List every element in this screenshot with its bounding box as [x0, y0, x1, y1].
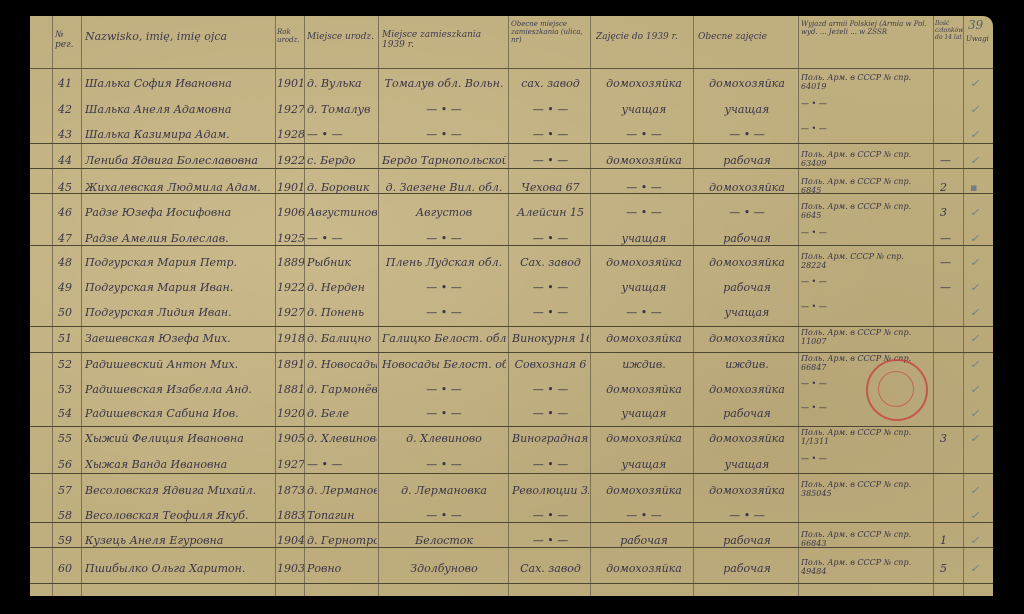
cell-no: 54	[58, 407, 80, 420]
cell-occupation-1939: рабочая	[596, 534, 692, 547]
cell-current-address: — • —	[512, 534, 589, 547]
cell-no: 57	[58, 484, 80, 497]
cell-current-address: Сах. завод	[512, 562, 589, 575]
cell-birthplace: д. Новосады	[307, 358, 377, 371]
cell-check: ✓	[970, 206, 988, 219]
cell-current-address: Виноградная 31	[512, 432, 589, 445]
cell-army-note: — • —	[801, 277, 931, 286]
cell-check: ✓	[970, 332, 988, 345]
group-separator	[30, 168, 993, 169]
cell-current-address: Винокурня 16	[512, 332, 589, 345]
cell-no: 59	[58, 534, 80, 547]
header-current-address: Obecne miejsce zamieszkania (ulica, nr)	[511, 20, 589, 44]
cell-current-occupation: учащая	[698, 306, 796, 319]
cell-year: 1928	[277, 128, 304, 141]
cell-name: Весоловская Ядвига Михайл.	[85, 484, 273, 497]
cell-residence-1939: Здолбуново	[382, 562, 506, 575]
cell-current-address: сах. завод	[512, 77, 589, 90]
cell-residence-1939: Августов	[382, 206, 506, 219]
cell-residence-1939: — • —	[382, 306, 506, 319]
cell-birthplace: д. Томалув	[307, 103, 377, 116]
cell-current-address: — • —	[512, 383, 589, 396]
cell-no: 52	[58, 358, 80, 371]
cell-current-occupation: рабочая	[698, 407, 796, 420]
cell-check: ✓	[970, 306, 988, 319]
header-birthplace: Miejsce urodz.	[307, 32, 377, 42]
cell-no: 60	[58, 562, 80, 575]
cell-army-note: Поль. Арм. в СССР № спр. 64019	[801, 73, 931, 91]
header-no: № рег.	[55, 30, 81, 50]
cell-year: 1922	[277, 281, 304, 294]
cell-year: 1905	[277, 432, 304, 445]
cell-check: ✓	[970, 534, 988, 547]
column-divider	[304, 16, 305, 596]
cell-check: ✓	[970, 484, 988, 497]
cell-name: Пшибылко Ольга Харитон.	[85, 562, 273, 575]
cell-dependents: 5	[940, 562, 960, 575]
cell-occupation-1939: домохозяйка	[596, 154, 692, 167]
cell-no: 42	[58, 103, 80, 116]
cell-dependents: —	[940, 232, 960, 245]
cell-army-note: Поль. Арм. в СССР № спр. 66843	[801, 530, 931, 548]
cell-year: 1903	[277, 562, 304, 575]
cell-residence-1939: Плень Лудская обл.	[382, 256, 506, 269]
cell-birthplace: — • —	[307, 232, 377, 245]
cell-occupation-1939: домохозяйка	[596, 332, 692, 345]
cell-residence-1939: Галицко Белост. обл.	[382, 332, 506, 345]
cell-current-occupation: рабочая	[698, 154, 796, 167]
cell-no: 51	[58, 332, 80, 345]
cell-year: 1901	[277, 181, 304, 194]
column-divider	[378, 16, 379, 596]
cell-no: 45	[58, 181, 80, 194]
cell-no: 41	[58, 77, 80, 90]
cell-occupation-1939: домохозяйка	[596, 256, 692, 269]
cell-year: 1881	[277, 383, 304, 396]
cell-army-note: Поль. Арм. в СССР № спр. 385045	[801, 480, 931, 498]
register-sheet: № рег. Nazwisko, imię, imię ojca Rok uro…	[30, 16, 993, 596]
cell-name: Подгурская Мария Иван.	[85, 281, 273, 294]
cell-army-note: Поль. Арм. в СССР № спр. 6845	[801, 177, 931, 195]
cell-army-note: — • —	[801, 99, 931, 108]
cell-current-occupation: домохозяйка	[698, 484, 796, 497]
cell-no: 48	[58, 256, 80, 269]
cell-current-address: — • —	[512, 458, 589, 471]
cell-occupation-1939: домохозяйка	[596, 383, 692, 396]
cell-birthplace: д. Нерден	[307, 281, 377, 294]
cell-birthplace: Топагин	[307, 509, 377, 522]
cell-no: 44	[58, 154, 80, 167]
cell-year: 1918	[277, 332, 304, 345]
cell-dependents: 3	[940, 206, 960, 219]
header-year: Rok urodz.	[277, 28, 304, 44]
cell-name: Кузець Анеля Егуровна	[85, 534, 273, 547]
cell-occupation-1939: домохозяйка	[596, 432, 692, 445]
cell-birthplace: д. Хлевиново	[307, 432, 377, 445]
cell-no: 56	[58, 458, 80, 471]
header-dependents: Ilość członków do 14 lat	[935, 20, 963, 41]
cell-residence-1939: Бердо Тарнопольской	[382, 154, 506, 167]
group-separator	[30, 326, 993, 327]
cell-check: ✓	[970, 103, 988, 116]
cell-current-address: — • —	[512, 232, 589, 245]
cell-year: 1922	[277, 154, 304, 167]
cell-year: 1891	[277, 358, 304, 371]
cell-name: Радзе Амелия Болеслав.	[85, 232, 273, 245]
cell-occupation-1939: домохозяйка	[596, 484, 692, 497]
column-divider	[81, 16, 82, 596]
cell-current-occupation: учащая	[698, 458, 796, 471]
cell-no: 58	[58, 509, 80, 522]
cell-occupation-1939: учащая	[596, 281, 692, 294]
cell-name: Радзе Юзефа Иосифовна	[85, 206, 273, 219]
cell-army-note: Поль. Арм. в СССР № спр. 11007	[801, 328, 931, 346]
cell-residence-1939: Новосады Белост. обл.	[382, 358, 506, 371]
column-divider	[508, 16, 509, 596]
cell-name: Шалька Анеля Адамовна	[85, 103, 273, 116]
cell-residence-1939: — • —	[382, 509, 506, 522]
cell-year: 1927	[277, 306, 304, 319]
cell-birthplace: — • —	[307, 458, 377, 471]
cell-name: Радишевская Сабина Иов.	[85, 407, 273, 420]
cell-year: 1927	[277, 458, 304, 471]
cell-current-address: Алейсин 15	[512, 206, 589, 219]
cell-check: ✓	[970, 232, 988, 245]
cell-dependents: —	[940, 281, 960, 294]
column-divider	[52, 16, 53, 596]
cell-no: 43	[58, 128, 80, 141]
cell-name: Радишевский Антон Мих.	[85, 358, 273, 371]
cell-check: ✓	[970, 358, 988, 371]
cell-occupation-1939: — • —	[596, 206, 692, 219]
cell-no: 47	[58, 232, 80, 245]
red-archive-stamp	[866, 359, 928, 421]
cell-residence-1939: д. Лермановка	[382, 484, 506, 497]
cell-name: Радишевская Изабелла Анд.	[85, 383, 273, 396]
cell-current-address: Сах. завод	[512, 256, 589, 269]
cell-year: 1873	[277, 484, 304, 497]
table-header: № рег. Nazwisko, imię, imię ojca Rok uro…	[30, 16, 993, 69]
cell-occupation-1939: домохозяйка	[596, 77, 692, 90]
group-separator	[30, 426, 993, 427]
header-check: Uwagi	[966, 34, 992, 44]
cell-occupation-1939: — • —	[596, 181, 692, 194]
cell-current-address: — • —	[512, 281, 589, 294]
cell-check: ✓	[970, 256, 988, 269]
cell-current-occupation: домохозяйка	[698, 383, 796, 396]
cell-residence-1939: — • —	[382, 383, 506, 396]
cell-occupation-1939: — • —	[596, 128, 692, 141]
cell-occupation-1939: — • —	[596, 306, 692, 319]
cell-current-address: Революции 32	[512, 484, 589, 497]
cell-residence-1939: д. Заезене Вил. обл.	[382, 181, 506, 194]
cell-no: 46	[58, 206, 80, 219]
cell-occupation-1939: учащая	[596, 103, 692, 116]
cell-current-occupation: домохозяйка	[698, 332, 796, 345]
cell-birthplace: — • —	[307, 128, 377, 141]
column-divider	[590, 16, 591, 596]
cell-year: 1901	[277, 77, 304, 90]
cell-check: ✓	[970, 154, 988, 167]
column-divider	[275, 16, 276, 596]
group-separator	[30, 352, 993, 353]
cell-residence-1939: д. Хлевиново	[382, 432, 506, 445]
cell-occupation-1939: домохозяйка	[596, 562, 692, 575]
cell-current-occupation: рабочая	[698, 281, 796, 294]
cell-check: ✓	[970, 281, 988, 294]
cell-birthplace: д. Вулька	[307, 77, 377, 90]
cell-occupation-1939: учащая	[596, 407, 692, 420]
cell-army-note: Поль. Арм. СССР № спр. 28224	[801, 252, 931, 270]
cell-residence-1939: — • —	[382, 407, 506, 420]
cell-current-address: — • —	[512, 154, 589, 167]
cell-birthplace: д. Понень	[307, 306, 377, 319]
group-separator	[30, 143, 993, 144]
cell-dependents: 3	[940, 432, 960, 445]
cell-current-address: — • —	[512, 103, 589, 116]
column-divider	[798, 16, 799, 596]
cell-check: ✓	[970, 407, 988, 420]
cell-army-note: Поль. Арм. в СССР № спр. 6645	[801, 202, 931, 220]
cell-occupation-1939: иждив.	[596, 358, 692, 371]
cell-name: Хыжий Фелиция Ивановна	[85, 432, 273, 445]
cell-name: Подгурская Мария Петр.	[85, 256, 273, 269]
cell-occupation-1939: — • —	[596, 509, 692, 522]
cell-army-note: — • —	[801, 124, 931, 133]
cell-army-note: Поль. Арм. в СССР № спр. 1/1311	[801, 428, 931, 446]
cell-army-note: Поль. Арм. в СССР № спр. 49484	[801, 558, 931, 576]
cell-army-note: Поль. Арм. в СССР № спр. 63409	[801, 150, 931, 168]
cell-no: 53	[58, 383, 80, 396]
group-separator	[30, 473, 993, 474]
cell-check: ✓	[970, 432, 988, 445]
cell-current-occupation: иждив.	[698, 358, 796, 371]
column-divider	[933, 16, 934, 596]
cell-name: Лениба Ядвига Болеславовна	[85, 154, 273, 167]
header-army-note: Wyjazd armii Polskiej (Armia w Pol. wyd.…	[801, 20, 931, 36]
cell-current-address: — • —	[512, 128, 589, 141]
cell-residence-1939: Томалув обл. Вольн.	[382, 77, 506, 90]
cell-current-address: — • —	[512, 509, 589, 522]
cell-birthplace: д. Лермановка	[307, 484, 377, 497]
cell-residence-1939: — • —	[382, 103, 506, 116]
cell-birthplace: с. Бердо	[307, 154, 377, 167]
cell-year: 1883	[277, 509, 304, 522]
cell-year: 1925	[277, 232, 304, 245]
cell-current-occupation: рабочая	[698, 232, 796, 245]
group-separator	[30, 245, 993, 246]
header-occupation-1939: Zajęcie do 1939 r.	[596, 32, 692, 42]
header-current-occupation: Obecne zajęcie	[698, 32, 796, 42]
cell-residence-1939: — • —	[382, 232, 506, 245]
cell-birthplace: д. Беле	[307, 407, 377, 420]
cell-year: 1904	[277, 534, 304, 547]
cell-birthplace: д. Гармонёвка	[307, 383, 377, 396]
cell-no: 55	[58, 432, 80, 445]
cell-check: ▪	[970, 181, 988, 194]
cell-check: ✓	[970, 509, 988, 522]
cell-current-address: — • —	[512, 407, 589, 420]
column-divider	[963, 16, 964, 596]
cell-name: Подгурская Лидия Иван.	[85, 306, 273, 319]
cell-birthplace: д. Балицно	[307, 332, 377, 345]
cell-current-occupation: домохозяйка	[698, 432, 796, 445]
cell-army-note: — • —	[801, 228, 931, 237]
cell-check: ✓	[970, 383, 988, 396]
cell-birthplace: Ровно	[307, 562, 377, 575]
cell-birthplace: д. Боровик	[307, 181, 377, 194]
cell-residence-1939: — • —	[382, 281, 506, 294]
cell-current-address: — • —	[512, 306, 589, 319]
cell-occupation-1939: учащая	[596, 232, 692, 245]
cell-occupation-1939: учащая	[596, 458, 692, 471]
cell-current-address: Совхозная 6	[512, 358, 589, 371]
cell-dependents: 2	[940, 181, 960, 194]
page-number: 39	[968, 18, 983, 32]
cell-current-occupation: — • —	[698, 206, 796, 219]
cell-name: Весоловская Теофиля Якуб.	[85, 509, 273, 522]
cell-current-occupation: — • —	[698, 128, 796, 141]
cell-current-occupation: домохозяйка	[698, 77, 796, 90]
cell-army-note: — • —	[801, 302, 931, 311]
cell-name: Жихалевская Людмила Адам.	[85, 181, 273, 194]
cell-birthplace: Августинов	[307, 206, 377, 219]
cell-current-occupation: домохозяйка	[698, 256, 796, 269]
cell-name: Шалька Казимира Адам.	[85, 128, 273, 141]
cell-residence-1939: — • —	[382, 458, 506, 471]
cell-dependents: —	[940, 154, 960, 167]
cell-residence-1939: — • —	[382, 128, 506, 141]
cell-residence-1939: Белосток	[382, 534, 506, 547]
cell-current-occupation: домохозяйка	[698, 181, 796, 194]
cell-year: 1889	[277, 256, 304, 269]
header-residence-1939: Miejsce zamieszkania 1939 r.	[382, 30, 506, 50]
cell-birthplace: д. Гернотро	[307, 534, 377, 547]
cell-year: 1906	[277, 206, 304, 219]
cell-name: Заешевская Юзефа Мих.	[85, 332, 273, 345]
cell-dependents: 1	[940, 534, 960, 547]
cell-current-address: Чехова 67	[512, 181, 589, 194]
cell-dependents: —	[940, 256, 960, 269]
cell-no: 49	[58, 281, 80, 294]
header-name: Nazwisko, imię, imię ojca	[85, 32, 273, 42]
cell-year: 1920	[277, 407, 304, 420]
cell-current-occupation: учащая	[698, 103, 796, 116]
column-divider	[693, 16, 694, 596]
cell-current-occupation: рабочая	[698, 534, 796, 547]
cell-no: 50	[58, 306, 80, 319]
cell-name: Хыжая Ванда Ивановна	[85, 458, 273, 471]
cell-year: 1927	[277, 103, 304, 116]
cell-check: ✓	[970, 128, 988, 141]
cell-check: ✓	[970, 562, 988, 575]
group-separator	[30, 583, 993, 584]
cell-birthplace: Рыбник	[307, 256, 377, 269]
group-separator	[30, 522, 993, 523]
cell-name: Шалька София Ивановна	[85, 77, 273, 90]
cell-army-note: — • —	[801, 454, 931, 463]
cell-current-occupation: рабочая	[698, 562, 796, 575]
cell-check: ✓	[970, 77, 988, 90]
cell-current-occupation: — • —	[698, 509, 796, 522]
